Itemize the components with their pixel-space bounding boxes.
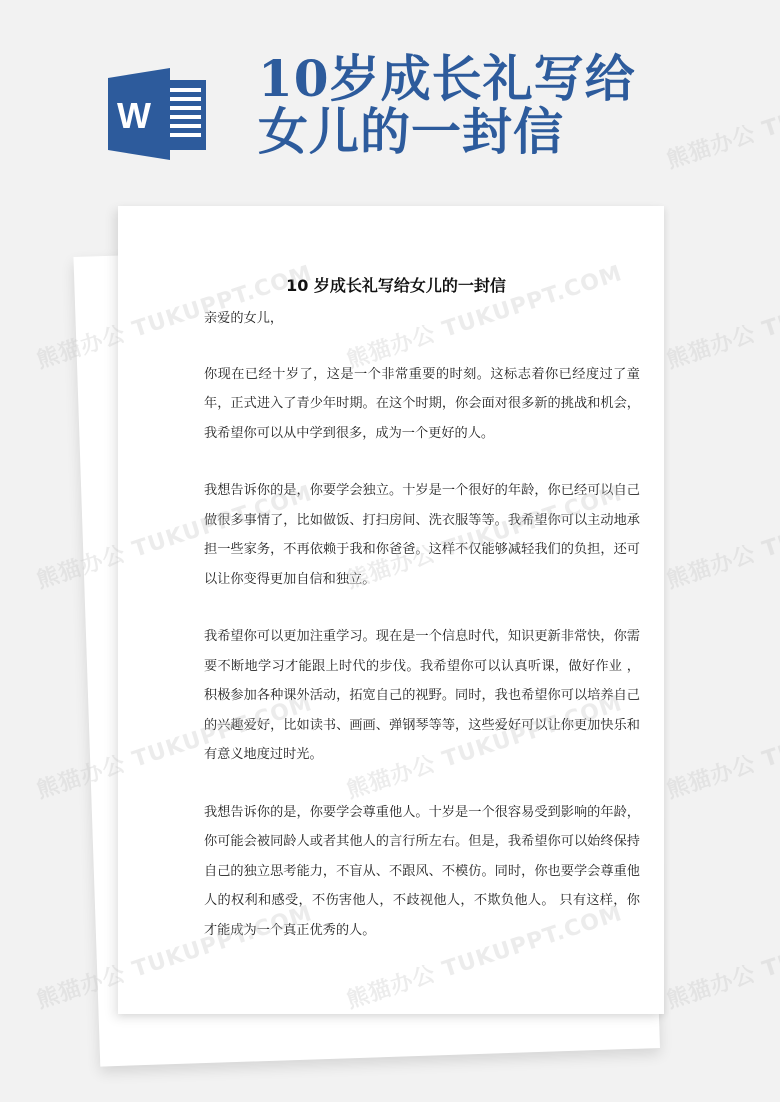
watermark: 熊猫办公 TUKUPPT.COM [662,896,780,1015]
paragraph: 你现在已经十岁了，这是一个非常重要的时刻。这标志着你已经度过了童年，正式进入了青… [204,360,640,449]
watermark: 熊猫办公 TUKUPPT.COM [662,56,780,175]
svg-text:W: W [117,95,151,136]
paragraph: 我想告诉你的是，你要学会独立。十岁是一个很好的年龄，你已经可以自己做很多事情了，… [204,476,640,594]
watermark: 熊猫办公 TUKUPPT.COM [662,476,780,595]
document-title: 10 岁成长礼写给女儿的一封信 [118,273,664,296]
page-title: 10岁成长礼写给 女儿的一封信 [258,52,678,158]
page-title-line-2: 女儿的一封信 [258,105,678,158]
document-body: 亲爱的女儿， 你现在已经十岁了，这是一个非常重要的时刻。这标志着你已经度过了童年… [204,304,640,973]
watermark: 熊猫办公 TUKUPPT.COM [662,256,780,375]
paragraph: 我希望你可以更加注重学习。现在是一个信息时代，知识更新非常快，你需要不断地学习才… [204,622,640,770]
page-title-line-1: 10岁成长礼写给 [258,52,678,105]
paragraph: 我想告诉你的是，你要学会尊重他人。十岁是一个很容易受到影响的年龄，你可能会被同龄… [204,798,640,946]
salutation: 亲爱的女儿， [204,304,640,334]
word-document-icon: W [108,68,208,160]
document-page: 10 岁成长礼写给女儿的一封信 亲爱的女儿， 你现在已经十岁了，这是一个非常重要… [118,206,664,1014]
watermark: 熊猫办公 TUKUPPT.COM [662,686,780,805]
